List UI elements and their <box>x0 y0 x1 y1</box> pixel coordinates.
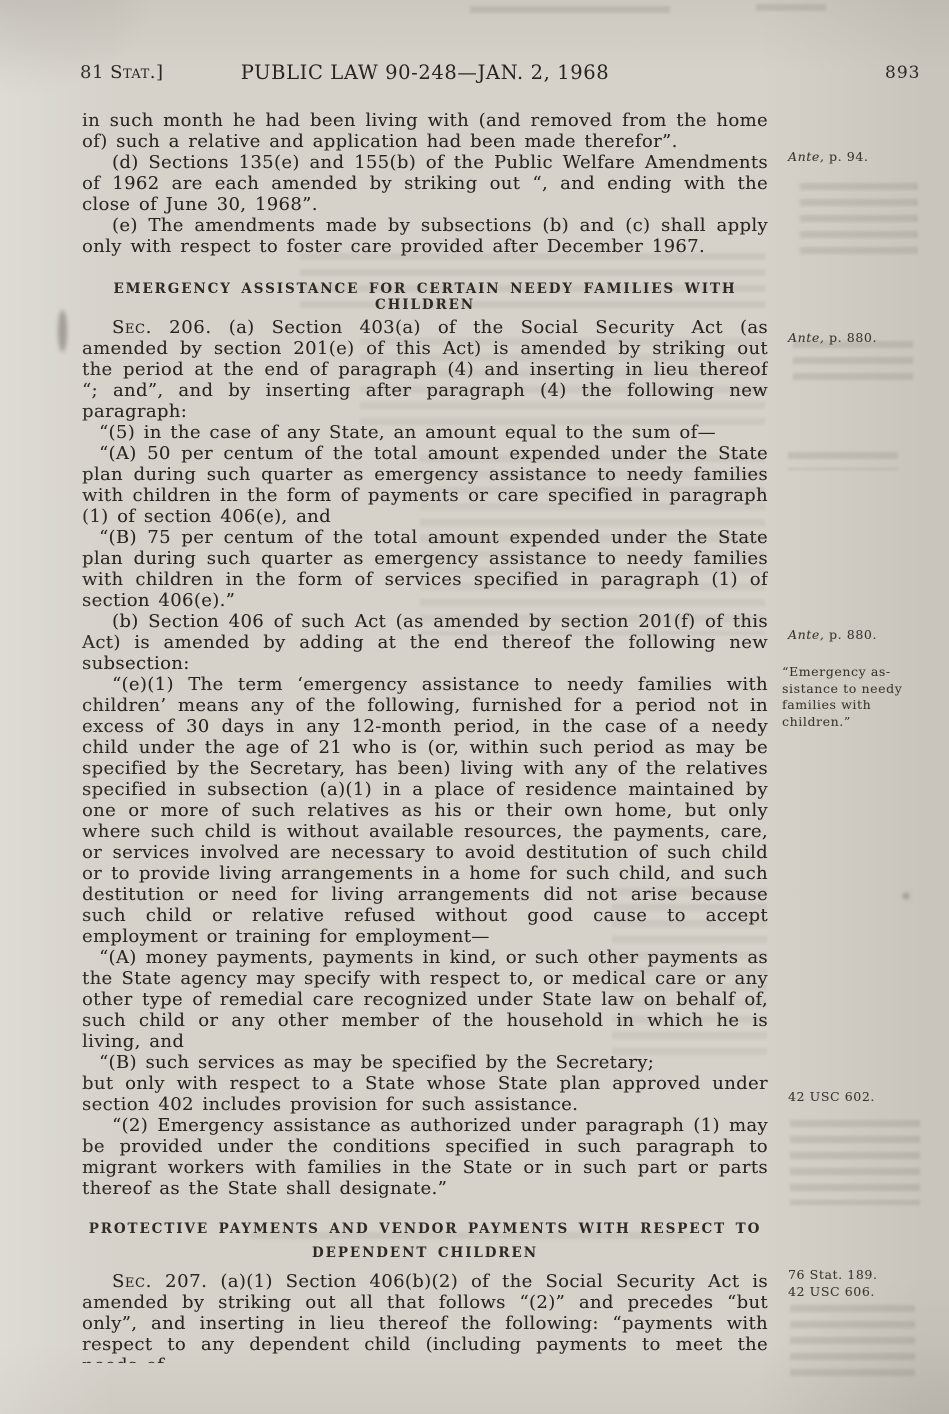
page-header: 81 Stat.] PUBLIC LAW 90-248—JAN. 2, 1968… <box>0 62 949 88</box>
margin-note-ante-94: Ante, p. 94. <box>788 149 938 166</box>
quoted-subparagraph-5B: “(B) 75 per centum of the total amount e… <box>82 527 768 611</box>
ink-smudge <box>58 310 67 352</box>
paragraph-e: (e) The amendments made by subsections (… <box>82 215 768 257</box>
margin-note-text: p. 880. <box>824 330 877 345</box>
paragraph-d: (d) Sections 135(e) and 155(b) of the Pu… <box>82 152 768 215</box>
margin-note-text: p. 880. <box>824 627 877 642</box>
margin-note-line: sistance to needy <box>782 681 934 698</box>
paragraph-but-only: but only with respect to a State whose S… <box>82 1073 768 1115</box>
sec-207-label: Sec. 207. <box>112 1271 208 1292</box>
margin-note-42-usc-602: 42 USC 602. <box>788 1089 938 1106</box>
quoted-subparagraph-5A: “(A) 50 per centum of the total amount e… <box>82 443 768 527</box>
sec-206-paragraph: Sec. 206. (a) Section 403(a) of the Soci… <box>82 317 768 422</box>
margin-note-text: 42 USC 602. <box>788 1089 875 1104</box>
bleedthrough-artifact <box>790 1120 920 1205</box>
margin-note-emergency-assistance: “Emergency as- sistance to needy familie… <box>782 664 934 730</box>
sec-206-label: Sec. 206. <box>112 317 212 338</box>
margin-note-italic: Ante, <box>788 330 824 345</box>
margin-note-76-stat-189: 76 Stat. 189. 42 USC 606. <box>788 1267 938 1300</box>
body-text-middle: Sec. 206. (a) Section 403(a) of the Soci… <box>82 317 768 1207</box>
quoted-paragraph-2: “(2) Emergency assistance as authorized … <box>82 1115 768 1199</box>
margin-note-ante-880-first: Ante, p. 880. <box>788 330 938 347</box>
heading-protective-line-1: PROTECTIVE PAYMENTS AND VENDOR PAYMENTS … <box>89 1221 762 1237</box>
heading-protective-line-2: DEPENDENT CHILDREN <box>312 1245 538 1261</box>
margin-note-line: 42 USC 606. <box>788 1284 938 1301</box>
margin-note-italic: Ante, <box>788 149 824 164</box>
quoted-paragraph-5: “(5) in the case of any State, an amount… <box>82 422 768 443</box>
page-number: 893 <box>885 63 920 83</box>
bleedthrough-artifact <box>756 4 826 16</box>
section-heading-emergency-assistance: EMERGENCY ASSISTANCE FOR CERTAIN NEEDY F… <box>82 281 768 313</box>
paragraph-continuation: in such month he had been living with (a… <box>82 110 768 152</box>
bleedthrough-artifact <box>788 452 898 470</box>
margin-note-ante-880-second: Ante, p. 880. <box>788 627 938 644</box>
margin-note-line: 76 Stat. 189. <box>788 1267 938 1284</box>
quoted-subsection-e1: “(e)(1) The term ‘emergency assistance t… <box>82 674 768 947</box>
body-text-top: in such month he had been living with (a… <box>82 110 768 260</box>
margin-note-line: “Emergency as- <box>782 664 934 681</box>
quoted-subparagraph-eB: “(B) such services as may be specified b… <box>82 1052 768 1073</box>
ink-speck <box>903 893 909 899</box>
bleedthrough-artifact <box>470 6 670 20</box>
margin-note-italic: Ante, <box>788 627 824 642</box>
margin-note-line: families with <box>782 697 934 714</box>
bleedthrough-artifact <box>790 1305 915 1380</box>
body-text-bottom: Sec. 207. (a)(1) Section 406(b)(2) of th… <box>82 1271 768 1363</box>
bleedthrough-artifact <box>800 183 918 255</box>
section-heading-protective-payments: PROTECTIVE PAYMENTS AND VENDOR PAYMENTS … <box>82 1218 768 1265</box>
quoted-subparagraph-eA: “(A) money payments, payments in kind, o… <box>82 947 768 1052</box>
paragraph-b: (b) Section 406 of such Act (as amended … <box>82 611 768 674</box>
scanned-statute-page: 81 Stat.] PUBLIC LAW 90-248—JAN. 2, 1968… <box>0 0 949 1414</box>
margin-note-line: children.” <box>782 714 934 731</box>
law-title: PUBLIC LAW 90-248—JAN. 2, 1968 <box>82 61 768 84</box>
sec-207-paragraph: Sec. 207. (a)(1) Section 406(b)(2) of th… <box>82 1271 768 1363</box>
margin-note-text: p. 94. <box>824 149 868 164</box>
bleedthrough-artifact <box>793 341 913 389</box>
